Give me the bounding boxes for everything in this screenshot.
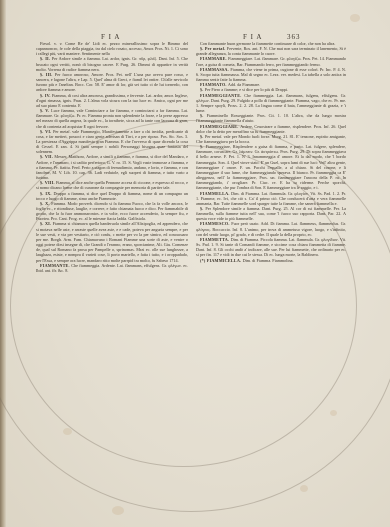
foxing-stain [350, 14, 360, 22]
running-head-right: F I A [243, 33, 262, 41]
dictionary-entry: §. X. Fiamma. Modo proverb. dicendo si f… [36, 201, 188, 222]
entry-headword: (*) FIAMMICELLA. [200, 258, 243, 263]
dictionary-entry: §. IX. Drappo a fiamma, si dice quel Dra… [36, 191, 188, 201]
left-column: Fiesol. v. v. Come Re de' Lidi ec. pezzo… [36, 41, 188, 413]
entry-text: Per metaf. vale per Mondo fuoli forze. M… [196, 134, 346, 144]
entry-text: Fiammeggiare, Risplendere a guisa di fia… [196, 144, 346, 190]
dictionary-entry: §. VIII. Fiamma, si dice anche quella Pe… [36, 180, 188, 190]
running-head-left: F I A [101, 33, 120, 41]
entry-text: Fiamma. Modo proverb. dicendo si fa fiam… [36, 201, 188, 221]
entry-text: Per fuoco amoroso, Amore. Pros. Pet. nel… [36, 72, 188, 92]
entry-text: Fiesol. v. v. Come Re de' Lidi ec. pezzo… [36, 41, 188, 56]
dictionary-entry: FIAMMEGGIARE. Ardere, Ceuostrare a fiamm… [196, 124, 346, 134]
right-column: Con fiammante buon germone la fiammette … [196, 41, 346, 413]
entry-text: Luce fiamma, vale Cominciare a far fiamm… [36, 108, 188, 128]
dictionary-entry: Fiesol. v. v. Come Re de' Lidi ec. pezzo… [36, 41, 188, 56]
dictionary-entry: FIAMMASSA. Fiamma, che viene in prima, c… [196, 67, 346, 82]
dictionary-entry: §. IV. Fiamma, di cosi altra amorosa, gr… [36, 93, 188, 108]
dictionary-entry: §. III. Per fuoco amoroso, Amore. Pros. … [36, 72, 188, 93]
dictionary-entry: §. II. Per Ardore simile a fiamma. Lat. … [36, 56, 188, 71]
entry-text: Per Ardore simile a fiamma. Lat. ardor, … [36, 56, 188, 71]
dictionary-entry: (*) FIAMMICELLA. Dim. di Fiamma. Fiammol… [196, 258, 346, 263]
dictionary-entry: §. V. Luce fiamma, vale Cominciare a far… [36, 108, 188, 129]
dictionary-entry: §. Per metaf. Fervente, Ros. ant. F. N. … [196, 46, 346, 56]
dictionary-entry: §. VI. Per metaf. vale Fiammegio, Manife… [36, 129, 188, 155]
dictionary-entry: FIAMMANTE. Che fiammeggia. Ardente. Lat.… [36, 263, 188, 273]
entry-text: Fiamma, di cosi altra amorosa, grandissi… [36, 93, 188, 108]
dictionary-entry: FIAMMARE. Fiammeggiare. Lat. flammare. G… [196, 56, 346, 66]
dictionary-entry: FIAMMETTA. Dim. di Fiamma. Piccola fiamm… [196, 237, 346, 258]
entry-text: Per Splendore simile a fiamma. Dant. Pur… [196, 206, 346, 221]
foxing-stain [300, 485, 308, 492]
entry-text: Messer, Matthoro, Ardore, a simili a fia… [36, 154, 188, 180]
dictionary-entry: §. XI. Fiamma si chiamava quella banderu… [36, 221, 188, 262]
dictionary-entry: §. Per metaf. vale per Mondo fuoli forze… [196, 134, 346, 144]
dictionary-entry: §. Fiamminello Rosseggiante. Pros. Cit. … [196, 113, 346, 123]
dictionary-entry: §. Fiammeggiare, Risplendere a guisa di … [196, 144, 346, 190]
scanned-page: F I A F I A 363 Fiesol. v. v. Come Re de… [0, 0, 390, 527]
entry-text: Dim. di Fiamma. Fiammolina. [243, 258, 294, 263]
dictionary-entry: §. VII. Messer, Matthoro, Ardore, a simi… [36, 154, 188, 180]
foxing-stain [112, 506, 124, 515]
dictionary-entry: FIAMMEGGIANTE. Che fiammeggia. Lat. flam… [196, 93, 346, 114]
entry-text: Fiamma si chiamava quella banderuola sim… [36, 221, 188, 262]
entry-text: Fiamma, si dice anche quella Pennone acc… [36, 180, 188, 190]
dictionary-entry: §. Per Splendore simile a fiamma. Dant. … [196, 206, 346, 221]
page-number: 363 [287, 33, 301, 41]
dictionary-entry: FIAMMELLA. Dim. di Fiamma. Lat. flammula… [196, 191, 346, 206]
entry-text: Fiamminello Rosseggiante. Pros. Cit. 1. … [196, 113, 346, 123]
dictionary-entry: FIAMMESCO. Fuor però usato. Add. Di fiam… [196, 221, 346, 236]
entry-text: Drappo a fiamma, si dice quel Drappo di … [36, 191, 188, 201]
entry-text: Per metaf. vale Fiammegio, Manifestament… [36, 129, 188, 155]
